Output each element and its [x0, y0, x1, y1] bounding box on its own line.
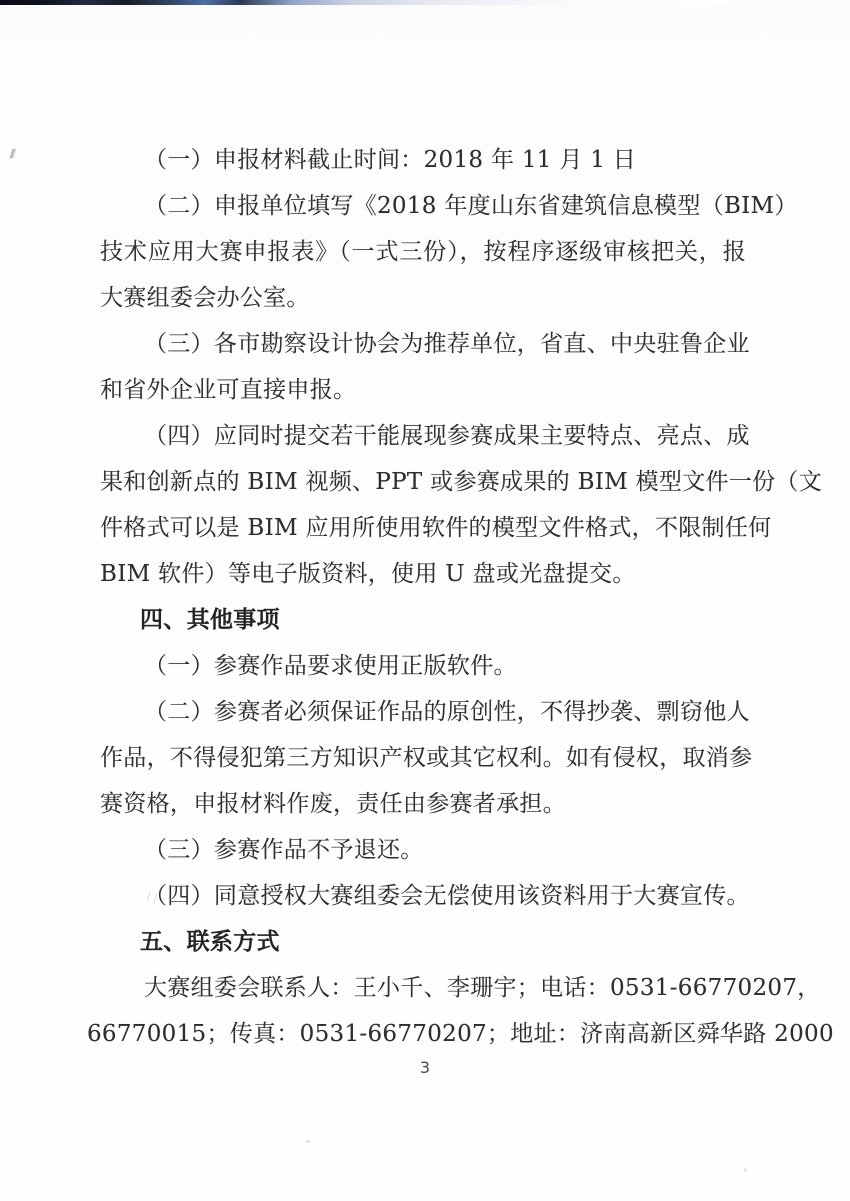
- text-line: 赛资格，申报材料作废，责任由参赛者承担。: [100, 781, 746, 827]
- text-line: （一）参赛作品要求使用正版软件。: [100, 643, 746, 689]
- text-line: （四）同意授权大赛组委会无偿使用该资料用于大赛宣传。: [100, 873, 746, 919]
- scan-smudge: [4, 148, 21, 159]
- scanned-document-page: （一）申报材料截止时间：2018 年 11 月 1 日（二）申报单位填写《201…: [0, 0, 850, 1201]
- text-line: 66770015；传真：0531-66770207；地址：济南高新区舜华路 20…: [87, 1011, 746, 1057]
- text-line: （一）申报材料截止时间：2018 年 11 月 1 日: [100, 137, 746, 183]
- scan-speck: [744, 1168, 747, 1172]
- text-line: 四、其他事项: [100, 597, 746, 643]
- text-line: 果和创新点的 BIM 视频、PPT 或参赛成果的 BIM 模型文件一份（文: [100, 459, 746, 505]
- text-line: 大赛组委会联系人：王小千、李珊宇；电话：0531-66770207，: [100, 965, 746, 1011]
- text-line: 五、联系方式: [100, 919, 746, 965]
- scan-edge-artifact: [0, 0, 730, 5]
- text-line: 件格式可以是 BIM 应用所使用软件的模型文件格式，不限制任何: [100, 505, 746, 551]
- text-line: 和省外企业可直接申报。: [100, 367, 746, 413]
- document-body: （一）申报材料截止时间：2018 年 11 月 1 日（二）申报单位填写《201…: [100, 137, 746, 1057]
- text-line: 大赛组委会办公室。: [100, 275, 746, 321]
- text-line: （二）参赛者必须保证作品的原创性，不得抄袭、剽窃他人: [100, 689, 746, 735]
- scan-speck: [306, 1140, 310, 1143]
- text-line: （二）申报单位填写《2018 年度山东省建筑信息模型（BIM）: [100, 183, 746, 229]
- text-line: （三）参赛作品不予退还。: [100, 827, 746, 873]
- text-line: （四）应同时提交若干能展现参赛成果主要特点、亮点、成: [100, 413, 746, 459]
- text-line: 技术应用大赛申报表》（一式三份），按程序逐级审核把关，报: [100, 229, 746, 275]
- text-line: 作品，不得侵犯第三方知识产权或其它权利。如有侵权，取消参: [100, 735, 746, 781]
- page-number: 3: [0, 1056, 850, 1080]
- text-line: BIM 软件）等电子版资料，使用 U 盘或光盘提交。: [100, 551, 746, 597]
- text-line: （三）各市勘察设计协会为推荐单位，省直、中央驻鲁企业: [100, 321, 746, 367]
